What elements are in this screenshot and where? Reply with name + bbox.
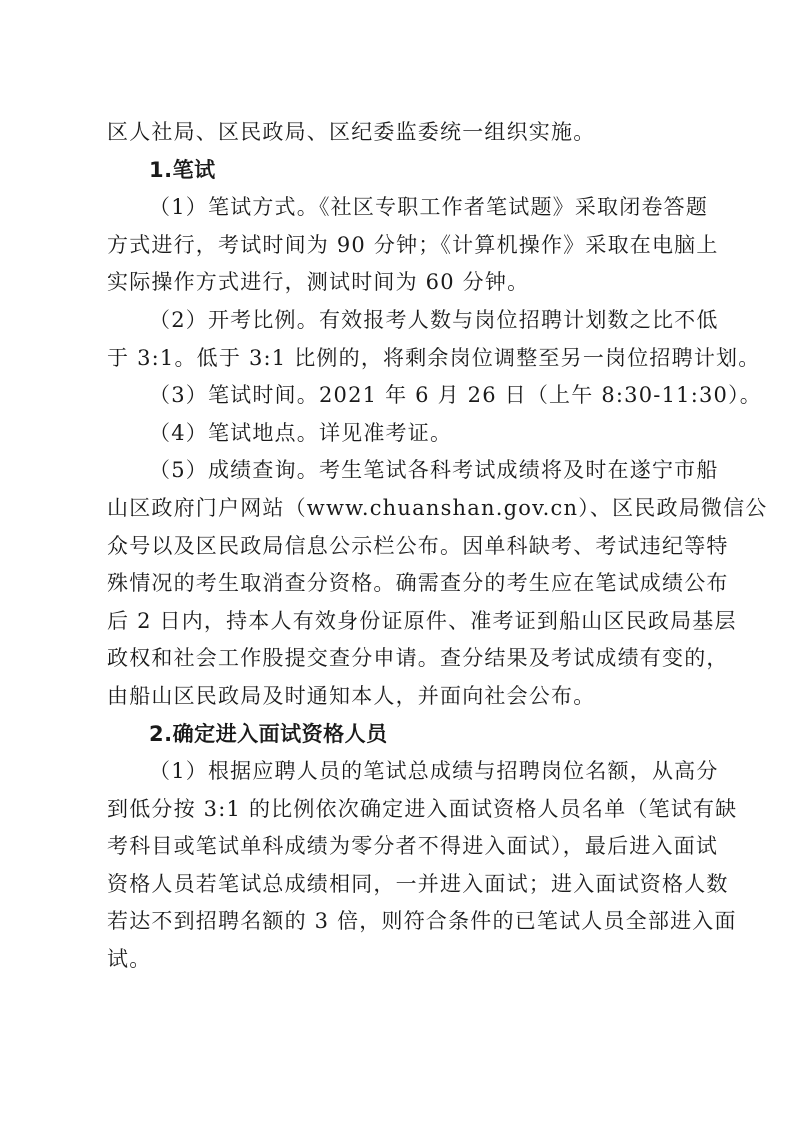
paragraph-line-score-query: 后 2 日内，持本人有效身份证原件、准考证到船山区民政局基层 — [107, 603, 695, 641]
paragraph-line-exam-method: 方式进行，考试时间为 90 分钟；《计算机操作》采取在电脑上 — [107, 227, 695, 265]
paragraph-line-interview-selection: （1）根据应聘人员的笔试总成绩与招聘岗位名额，从高分 — [107, 753, 695, 791]
paragraph-line-score-query: 山区政府门户网站（www.chuanshan.gov.cn）、区民政局微信公 — [107, 490, 695, 528]
paragraph-line-interview-selection: 资格人员若笔试总成绩相同，一并进入面试；进入面试资格人数 — [107, 866, 695, 904]
paragraph-line-score-query: 政权和社会工作股提交查分申请。查分结果及考试成绩有变的， — [107, 640, 695, 678]
paragraph-line-exam-ratio: （2）开考比例。有效报考人数与岗位招聘计划数之比不低 — [107, 302, 695, 340]
paragraph-line-interview-selection: 试。 — [107, 941, 695, 979]
paragraph-line-exam-ratio: 于 3:1。低于 3:1 比例的，将剩余岗位调整至另一岗位招聘计划。 — [107, 340, 695, 378]
paragraph-line-score-query: 殊情况的考生取消查分资格。确需查分的考生应在笔试成绩公布 — [107, 565, 695, 603]
document-page: 区人社局、区民政局、区纪委监委统一组织实施。 1.笔试 （1）笔试方式。《社区专… — [107, 114, 695, 979]
paragraph-line-score-query: 众号以及区民政局信息公示栏公布。因单科缺考、考试违纪等特 — [107, 528, 695, 566]
section-heading-written-exam: 1.笔试 — [107, 152, 695, 190]
paragraph-line-interview-selection: 若达不到招聘名额的 3 倍，则符合条件的已笔试人员全部进入面 — [107, 903, 695, 941]
paragraph-line-exam-location: （4）笔试地点。详见准考证。 — [107, 415, 695, 453]
paragraph-line-intro: 区人社局、区民政局、区纪委监委统一组织实施。 — [107, 114, 695, 152]
paragraph-line-score-query: 由船山区民政局及时通知本人，并面向社会公布。 — [107, 678, 695, 716]
paragraph-line-interview-selection: 到低分按 3:1 的比例依次确定进入面试资格人员名单（笔试有缺 — [107, 791, 695, 829]
section-heading-interview-qualification: 2.确定进入面试资格人员 — [107, 716, 695, 754]
paragraph-line-exam-method: 实际操作方式进行，测试时间为 60 分钟。 — [107, 264, 695, 302]
paragraph-line-exam-method: （1）笔试方式。《社区专职工作者笔试题》采取闭卷答题 — [107, 189, 695, 227]
paragraph-line-score-query: （5）成绩查询。考生笔试各科考试成绩将及时在遂宁市船 — [107, 452, 695, 490]
paragraph-line-exam-time: （3）笔试时间。2021 年 6 月 26 日（上午 8:30-11:30）。 — [107, 377, 695, 415]
paragraph-line-interview-selection: 考科目或笔试单科成绩为零分者不得进入面试），最后进入面试 — [107, 828, 695, 866]
